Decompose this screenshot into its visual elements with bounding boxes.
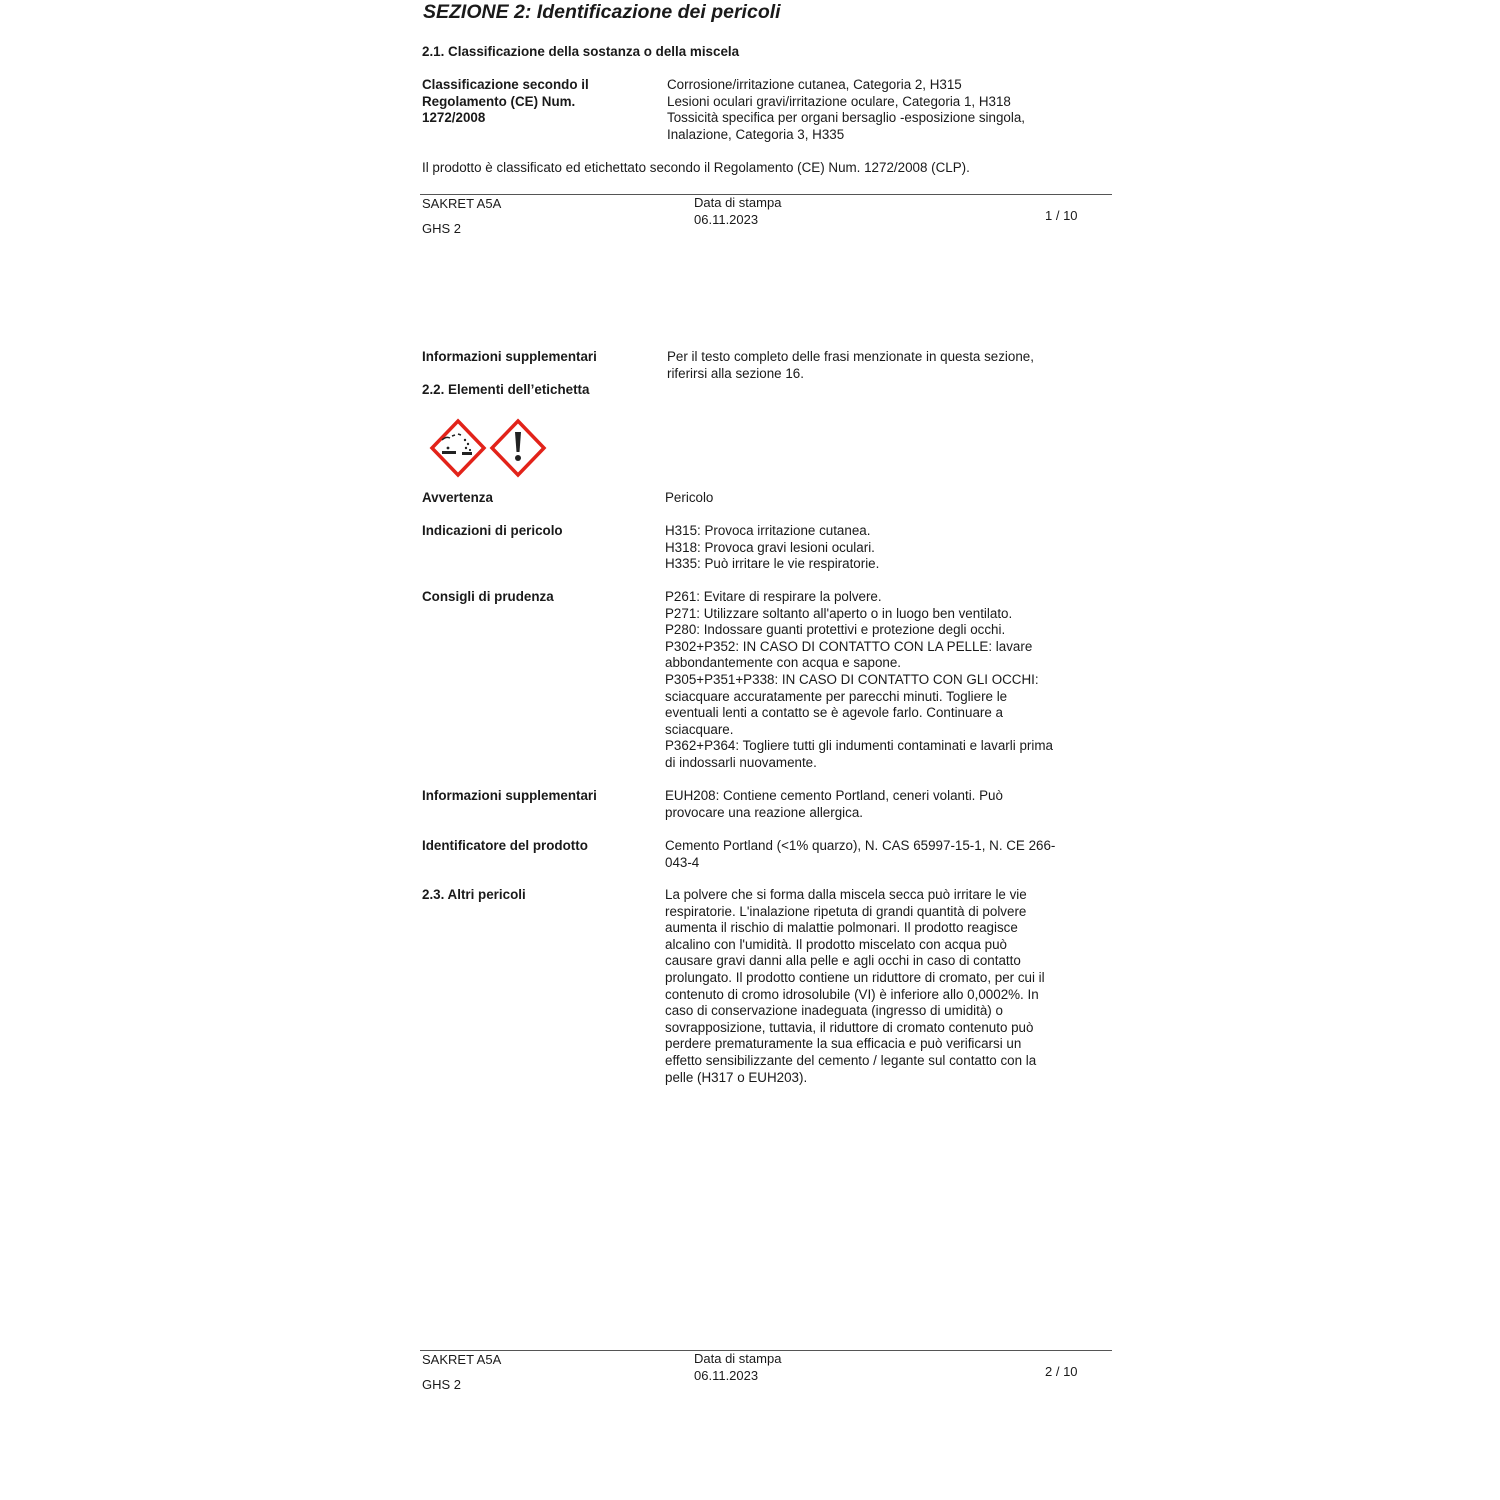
text-line: alcalino con l'umidità. Il prodotto misc… bbox=[665, 937, 1045, 954]
precaution-line: P271: Utilizzare soltanto all'aperto o i… bbox=[665, 606, 1053, 623]
clp-statement: Il prodotto è classificato ed etichettat… bbox=[422, 160, 970, 177]
hazard-statement: H318: Provoca gravi lesioni oculari. bbox=[665, 540, 879, 557]
precaution-line: P305+P351+P338: IN CASO DI CONTATTO CON … bbox=[665, 672, 1053, 689]
footer-ghs: GHS 2 bbox=[422, 221, 461, 237]
text-line: pelle (H317 o EUH203). bbox=[665, 1070, 1045, 1087]
hazard-statement: H335: Può irritare le vie respiratorie. bbox=[665, 556, 879, 573]
supplementary-info-value: Per il testo completo delle frasi menzio… bbox=[667, 349, 1034, 382]
label-line: Regolamento (CE) Num. bbox=[422, 94, 589, 111]
precaution-line: abbondantemente con acqua e sapone. bbox=[665, 655, 1053, 672]
text-line: contenuto di cromo idrosolubile (VI) è i… bbox=[665, 987, 1045, 1004]
supplementary-info-2-value: EUH208: Contiene cemento Portland, cener… bbox=[665, 788, 1003, 821]
other-hazards-label: 2.3. Altri pericoli bbox=[422, 887, 526, 904]
precaution-line: sciacquare accuratamente per parecchi mi… bbox=[665, 689, 1053, 706]
footer-page-number: 1 / 10 bbox=[1045, 208, 1078, 224]
classification-line: Tossicità specifica per organi bersaglio… bbox=[667, 110, 1025, 127]
signal-word-label: Avvertenza bbox=[422, 490, 493, 507]
supplementary-info-2-label: Informazioni supplementari bbox=[422, 788, 597, 805]
classification-value: Corrosione/irritazione cutanea, Categori… bbox=[667, 77, 1025, 143]
text-line: sovrapposizione, tuttavia, il riduttore … bbox=[665, 1020, 1045, 1037]
hazard-pictograms bbox=[428, 418, 548, 478]
text-line: causare gravi danni alla pelle e agli oc… bbox=[665, 953, 1045, 970]
precautionary-statements-label: Consigli di prudenza bbox=[422, 589, 554, 606]
supplementary-info-label: Informazioni supplementari bbox=[422, 349, 597, 366]
precaution-line: eventuali lenti a contatto se è agevole … bbox=[665, 705, 1053, 722]
classification-label: Classificazione secondo il Regolamento (… bbox=[422, 77, 589, 127]
footer-print-date: 06.11.2023 bbox=[694, 212, 758, 228]
hazard-statements-label: Indicazioni di pericolo bbox=[422, 523, 563, 540]
precaution-line: P280: Indossare guanti protettivi e prot… bbox=[665, 622, 1053, 639]
text-line: Per il testo completo delle frasi menzio… bbox=[667, 349, 1034, 366]
text-line: perdere prematuramente la sua efficacia … bbox=[665, 1036, 1045, 1053]
footer-product: SAKRET A5A bbox=[422, 196, 501, 212]
classification-line: Lesioni oculari gravi/irritazione ocular… bbox=[667, 94, 1025, 111]
hazard-statements: H315: Provoca irritazione cutanea. H318:… bbox=[665, 523, 879, 573]
product-identifier-label: Identificatore del prodotto bbox=[422, 838, 588, 855]
text-line: respiratorie. L'inalazione ripetuta di g… bbox=[665, 904, 1045, 921]
other-hazards-text: La polvere che si forma dalla miscela se… bbox=[665, 887, 1045, 1086]
text-line: Cemento Portland (<1% quarzo), N. CAS 65… bbox=[665, 838, 1055, 855]
classification-line: Corrosione/irritazione cutanea, Categori… bbox=[667, 77, 1025, 94]
footer-print-label: Data di stampa bbox=[694, 195, 781, 211]
text-line: provocare una reazione allergica. bbox=[665, 805, 1003, 822]
signal-word-value: Pericolo bbox=[665, 490, 713, 507]
precaution-line: P261: Evitare di respirare la polvere. bbox=[665, 589, 1053, 606]
exclamation-pictogram-icon bbox=[492, 421, 544, 475]
hazard-statement: H315: Provoca irritazione cutanea. bbox=[665, 523, 879, 540]
corrosion-pictogram-icon bbox=[432, 421, 484, 475]
precautionary-statements: P261: Evitare di respirare la polvere. P… bbox=[665, 589, 1053, 772]
text-line: EUH208: Contiene cemento Portland, cener… bbox=[665, 788, 1003, 805]
text-line: La polvere che si forma dalla miscela se… bbox=[665, 887, 1045, 904]
product-identifier-value: Cemento Portland (<1% quarzo), N. CAS 65… bbox=[665, 838, 1055, 871]
subsection-2-2-heading: 2.2. Elementi dell’etichetta bbox=[422, 382, 589, 399]
text-line: effetto sensibilizzante del cemento / le… bbox=[665, 1053, 1045, 1070]
section-title: SEZIONE 2: Identificazione dei pericoli bbox=[423, 0, 781, 24]
label-line: 1272/2008 bbox=[422, 110, 589, 127]
classification-line: Inalazione, Categoria 3, H335 bbox=[667, 127, 1025, 144]
precaution-line: sciacquare. bbox=[665, 722, 1053, 739]
text-line: caso di conservazione inadeguata (ingres… bbox=[665, 1003, 1045, 1020]
text-line: 043-4 bbox=[665, 855, 1055, 872]
text-line: aumenta il rischio di malattie polmonari… bbox=[665, 920, 1045, 937]
footer-ghs: GHS 2 bbox=[422, 1377, 461, 1393]
text-line: riferirsi alla sezione 16. bbox=[667, 366, 1034, 383]
footer-print-label: Data di stampa bbox=[694, 1351, 781, 1367]
label-line: Classificazione secondo il bbox=[422, 77, 589, 94]
footer-print-date: 06.11.2023 bbox=[694, 1368, 758, 1384]
text-line: prolungato. Il prodotto contiene un ridu… bbox=[665, 970, 1045, 987]
footer-product: SAKRET A5A bbox=[422, 1352, 501, 1368]
footer-page-number: 2 / 10 bbox=[1045, 1364, 1078, 1380]
precaution-line: di indossarli nuovamente. bbox=[665, 755, 1053, 772]
precaution-line: P362+P364: Togliere tutti gli indumenti … bbox=[665, 738, 1053, 755]
subsection-2-1-heading: 2.1. Classificazione della sostanza o de… bbox=[422, 44, 739, 61]
precaution-line: P302+P352: IN CASO DI CONTATTO CON LA PE… bbox=[665, 639, 1053, 656]
